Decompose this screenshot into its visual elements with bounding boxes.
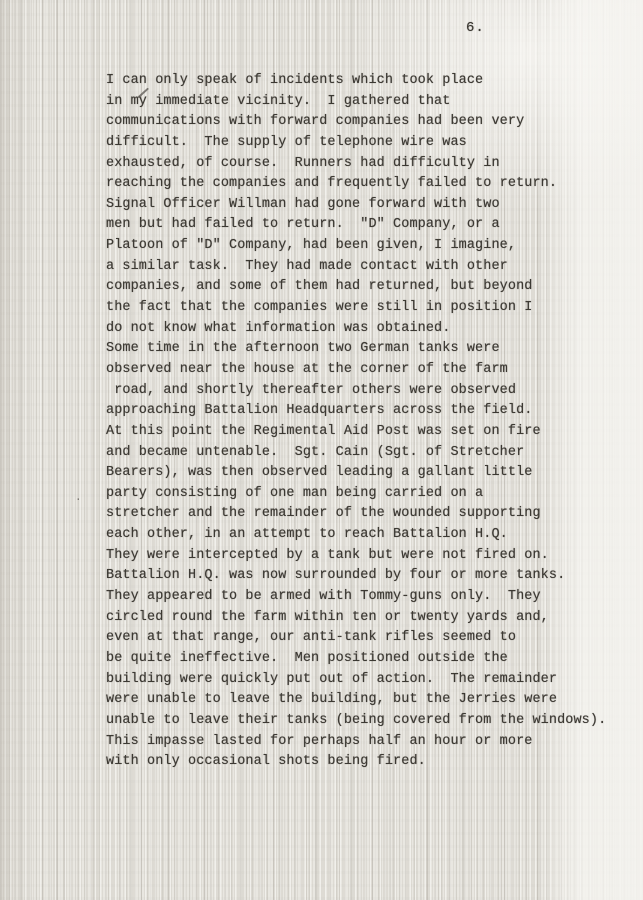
text-line: road, and shortly thereafter others were… [106,381,616,402]
text-line: with only occasional shots being fired. [106,752,616,773]
text-line: Bearers), was then observed leading a ga… [106,463,616,484]
text-line: a similar task. They had made contact wi… [106,257,616,278]
text-line: men but had failed to return. "D" Compan… [106,215,616,236]
text-line: observed near the house at the corner of… [106,360,616,381]
ink-speck: . [75,492,82,504]
text-line: Some time in the afternoon two German ta… [106,339,616,360]
text-line: At this point the Regimental Aid Post wa… [106,422,616,443]
text-line: party consisting of one man being carrie… [106,484,616,505]
document-page: 6. . I can only speak of incidents which… [0,0,643,900]
text-line: This impasse lasted for perhaps half an … [106,732,616,753]
text-line: approaching Battalion Headquarters acros… [106,401,616,422]
text-line: Platoon of "D" Company, had been given, … [106,236,616,257]
text-line: exhausted, of course. Runners had diffic… [106,154,616,175]
text-line: They appeared to be armed with Tommy-gun… [106,587,616,608]
text-line: stretcher and the remainder of the wound… [106,504,616,525]
text-line: reaching the companies and frequently fa… [106,174,616,195]
text-line: They were intercepted by a tank but were… [106,546,616,567]
text-line: companies, and some of them had returned… [106,277,616,298]
text-line: do not know what information was obtaine… [106,319,616,340]
text-line: each other, in an attempt to reach Batta… [106,525,616,546]
text-line: even at that range, our anti-tank rifles… [106,628,616,649]
page-number: 6. [466,20,485,36]
typewritten-text-block: I can only speak of incidents which took… [106,71,616,773]
text-line: in my immediate vicinity. I gathered tha… [106,92,616,113]
text-line: were unable to leave the building, but t… [106,690,616,711]
text-line: unable to leave their tanks (being cover… [106,711,616,732]
text-line: circled round the farm within ten or twe… [106,608,616,629]
text-line: be quite ineffective. Men positioned out… [106,649,616,670]
text-line: difficult. The supply of telephone wire … [106,133,616,154]
text-line: I can only speak of incidents which took… [106,71,616,92]
text-line: Signal Officer Willman had gone forward … [106,195,616,216]
text-line: Battalion H.Q. was now surrounded by fou… [106,566,616,587]
text-line: communications with forward companies ha… [106,112,616,133]
text-line: building were quickly put out of action.… [106,670,616,691]
text-line: the fact that the companies were still i… [106,298,616,319]
text-line: and became untenable. Sgt. Cain (Sgt. of… [106,443,616,464]
